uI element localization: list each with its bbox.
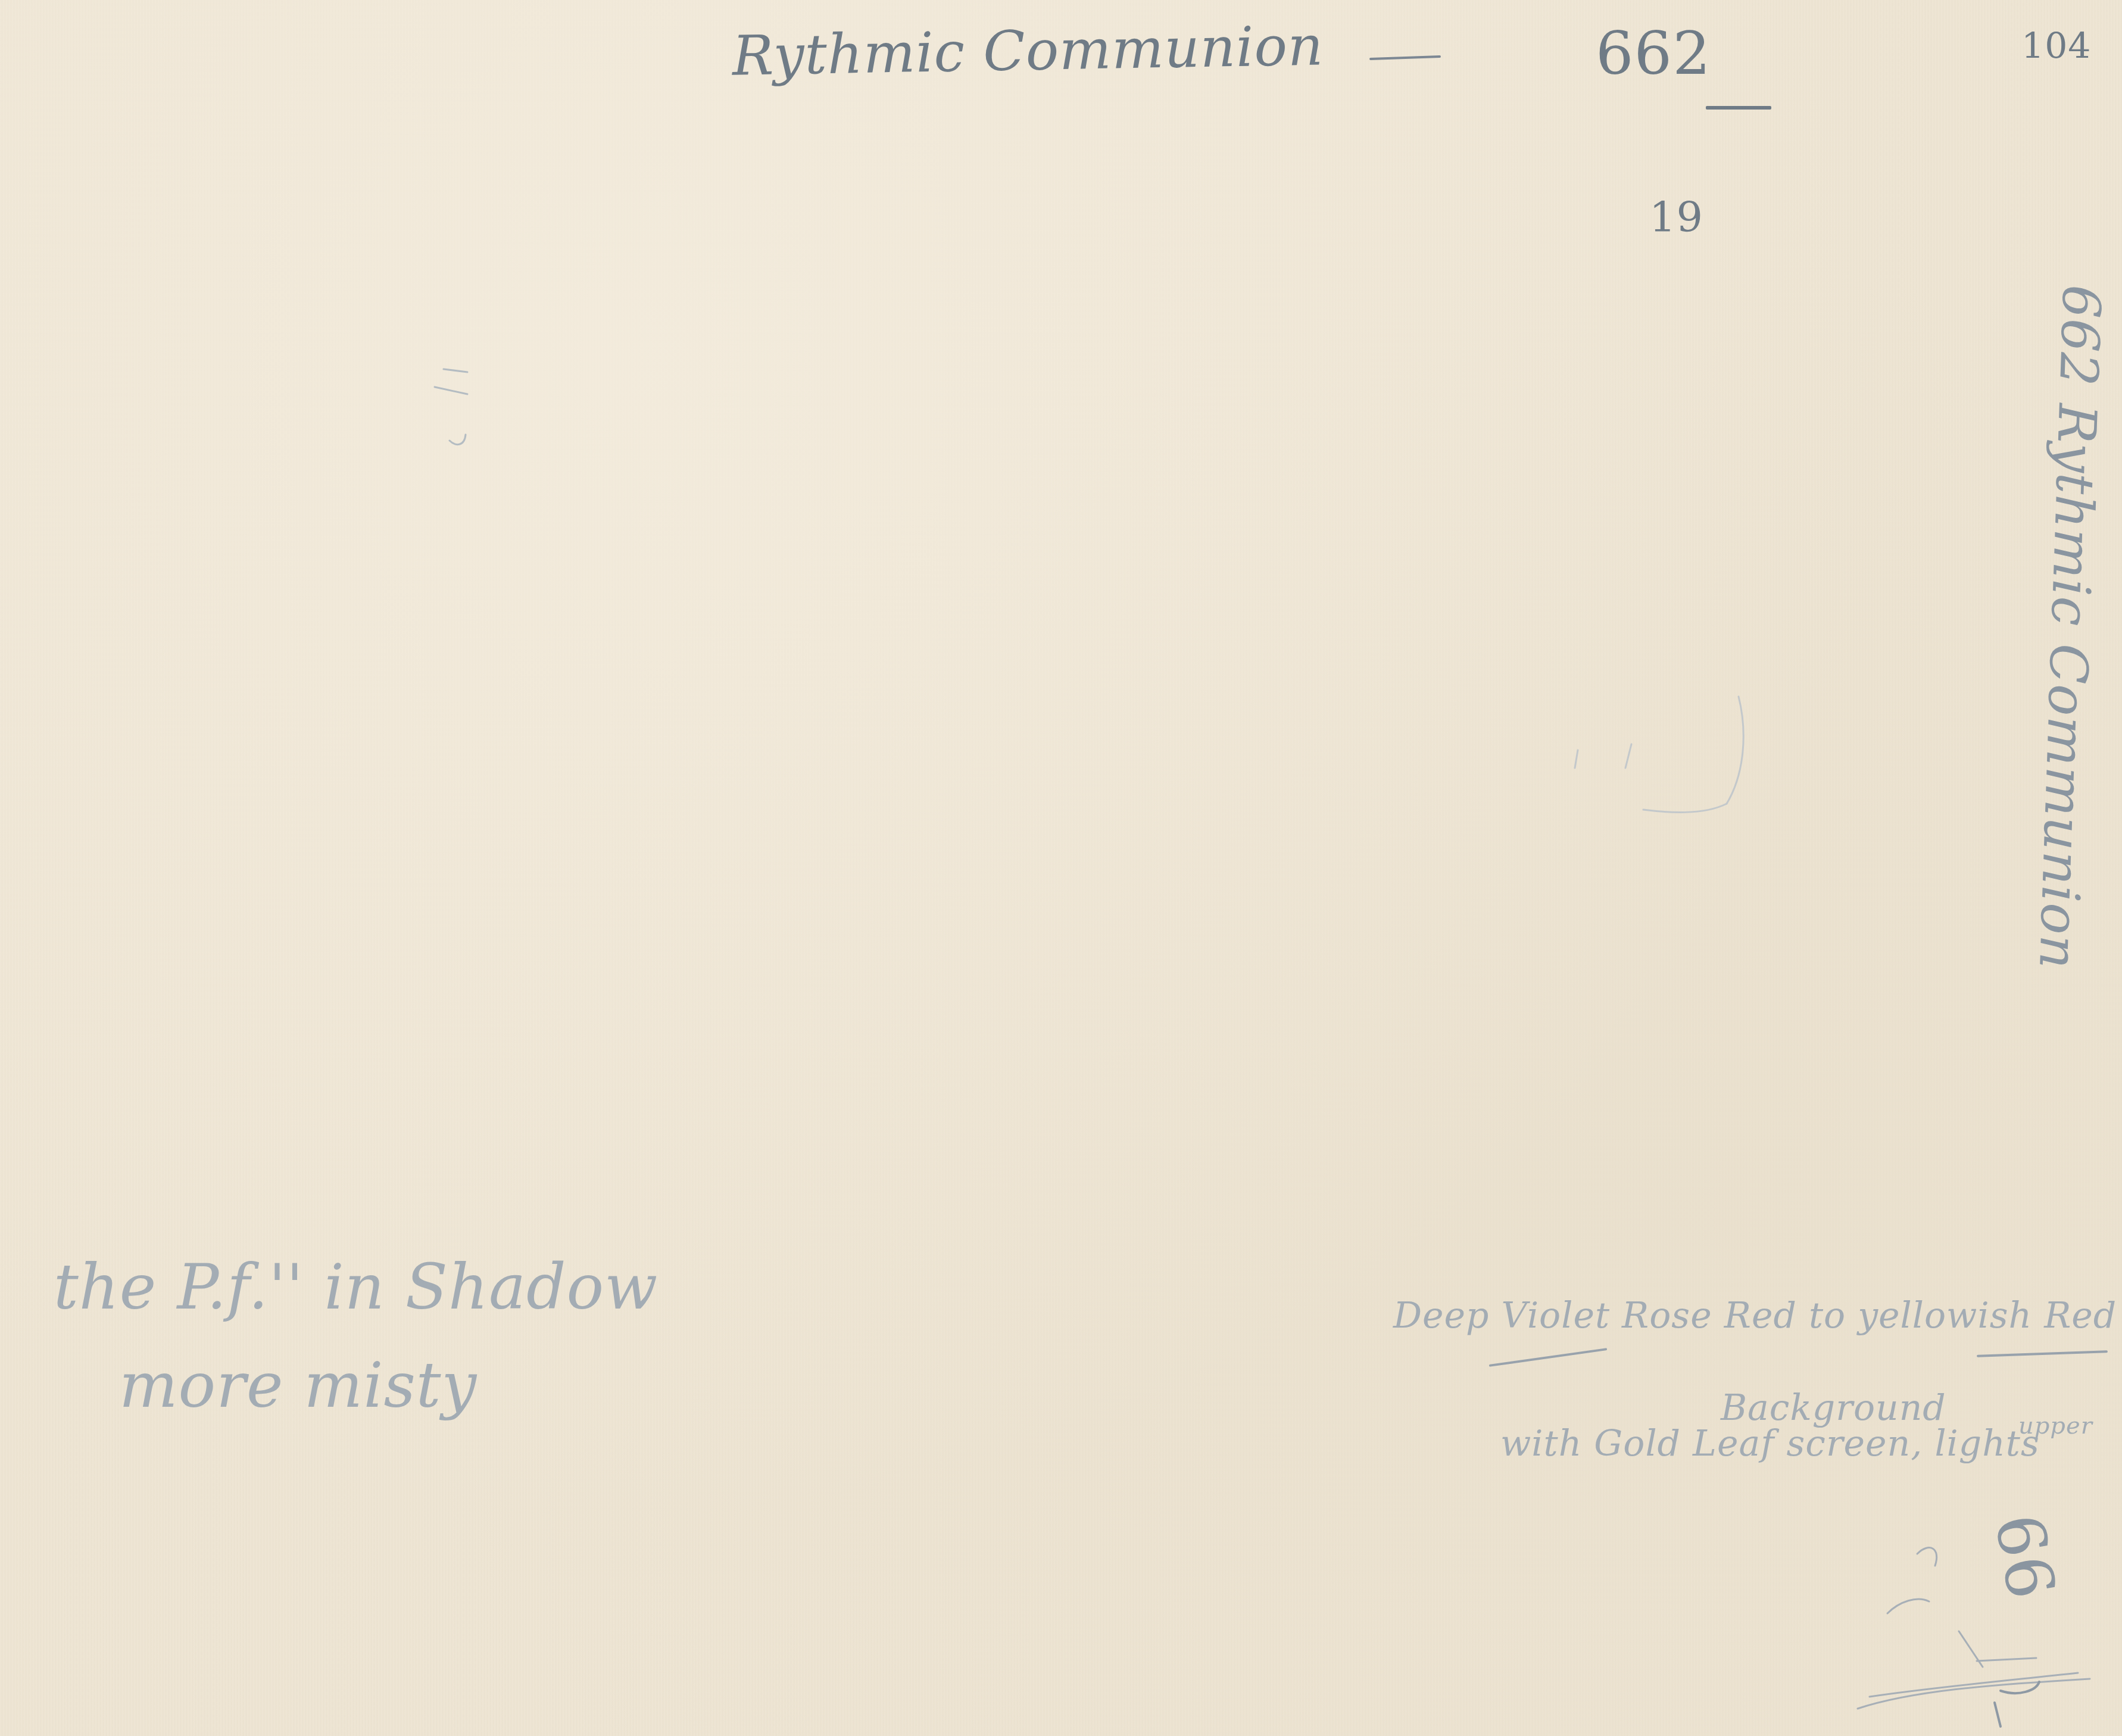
rose-red-underline: [1489, 1348, 1608, 1367]
note-right-line-2: Background: [1721, 1390, 1946, 1426]
note-left-line-1: the P.f.'' in Shadow: [54, 1256, 658, 1318]
title-inscription: Rythmic Communion: [732, 18, 1324, 83]
note-right-line-3: with Gold Leaf screen, lights: [1500, 1426, 2040, 1462]
corner-sketch-numerals: 66: [1986, 1510, 2065, 1604]
note-left-line-2: more misty: [119, 1354, 477, 1416]
faint-pencil-dashes: [429, 357, 500, 452]
yellowish-red-underline: [1977, 1350, 2108, 1357]
vertical-side-label: 662 Rythmic Communion: [2031, 284, 2108, 970]
faint-pencil-trace: [1477, 685, 1774, 839]
catalog-number-underline: [1706, 106, 1771, 110]
title-dash: [1369, 55, 1441, 60]
corner-scribble-sketch: [1840, 1512, 2114, 1732]
catalog-number: 662: [1596, 24, 1711, 83]
note-right-line-1: Deep Violet Rose Red to yellowish Red: [1393, 1298, 2117, 1334]
sub-number: 19: [1649, 196, 1703, 238]
corner-number: 104: [2021, 29, 2092, 64]
